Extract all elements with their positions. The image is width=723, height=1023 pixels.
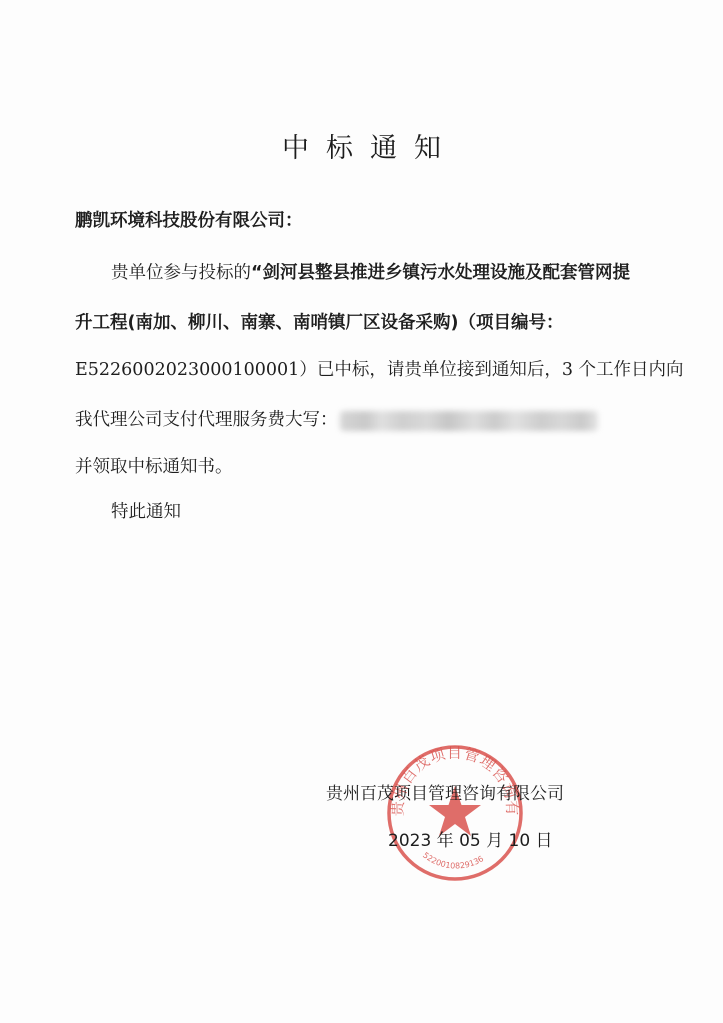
service-fee-label: 我代理公司支付代理服务费大写：: [75, 410, 338, 430]
closing-text: 特此通知: [111, 498, 181, 523]
signature-date: 2023 年 05 月 10 日: [388, 826, 553, 851]
body-line-4: 我代理公司支付代理服务费大写：: [75, 406, 598, 431]
project-number-label: （项目编号：: [459, 313, 564, 333]
document-title: 中标通知: [0, 126, 723, 165]
body-line-3: E5226002023000100001）已中标，请贵单位接到通知后，3 个工作…: [75, 356, 684, 381]
document-page: 中标通知 鹏凯环境科技股份有限公司： 贵单位参与投标的“剑河县整县推进乡镇污水处…: [0, 0, 723, 1023]
signature-company: 贵州百茂项目管理咨询有限公司: [326, 779, 564, 804]
svg-text:5220010829136: 5220010829136: [421, 851, 485, 871]
project-name-end: 升工程(南加、柳川、南寨、南哨镇厂区设备采购): [75, 313, 459, 333]
body-line-2: 升工程(南加、柳川、南寨、南哨镇厂区设备采购)（项目编号：: [75, 309, 564, 334]
body-line-1: 贵单位参与投标的“剑河县整县推进乡镇污水处理设施及配套管网提: [111, 259, 630, 284]
company-seal-stamp: 贵州百茂项目管理咨询有限公司 5220010829136: [384, 742, 526, 884]
stamp-code: 5220010829136: [421, 851, 485, 871]
body-line-1-lead: 贵单位参与投标的: [111, 263, 251, 283]
project-name-start: “剑河县整县推进乡镇污水处理设施及配套管网提: [251, 263, 630, 283]
body-line-5: 并领取中标通知书。: [75, 453, 233, 478]
addressee: 鹏凯环境科技股份有限公司：: [75, 207, 303, 232]
redacted-amount: [340, 411, 598, 431]
